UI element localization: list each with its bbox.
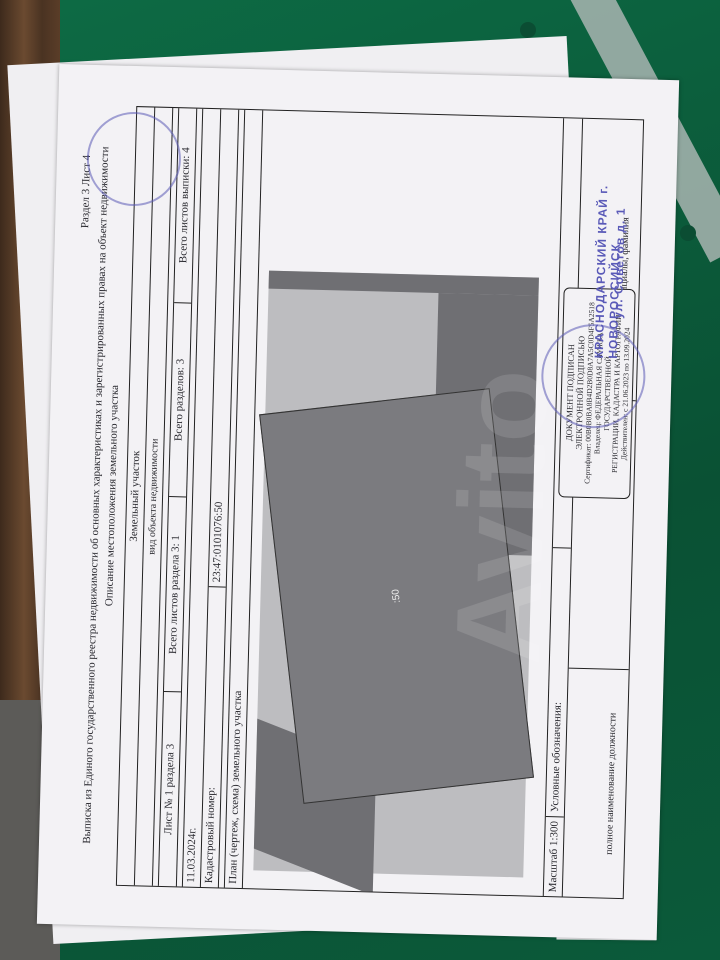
stamp-address-2: ул. Советов д. 1 — [611, 207, 628, 319]
punch-hole-icon — [680, 225, 696, 241]
position-caption: полное наименование должности — [563, 668, 629, 898]
scale: Масштаб 1:300 — [544, 816, 564, 897]
watermark: Avito — [429, 367, 564, 666]
cadastral-number: 23:47:0101076:50 — [209, 501, 228, 587]
document-content: Раздел 3 Лист 4 Выписка из Единого госуд… — [57, 85, 658, 920]
parcel-number: :50 — [390, 589, 403, 604]
document-page: Раздел 3 Лист 4 Выписка из Единого госуд… — [37, 64, 679, 940]
cadastral-label: Кадастровый номер: — [203, 787, 218, 883]
punch-hole-icon — [520, 22, 536, 38]
land-plan-diagram: :50 Avito — [243, 110, 564, 896]
form-table: Земельный участок вид объекта недвижимос… — [116, 106, 644, 899]
sheets-total: Всего листов выписки: 4 — [174, 108, 196, 302]
